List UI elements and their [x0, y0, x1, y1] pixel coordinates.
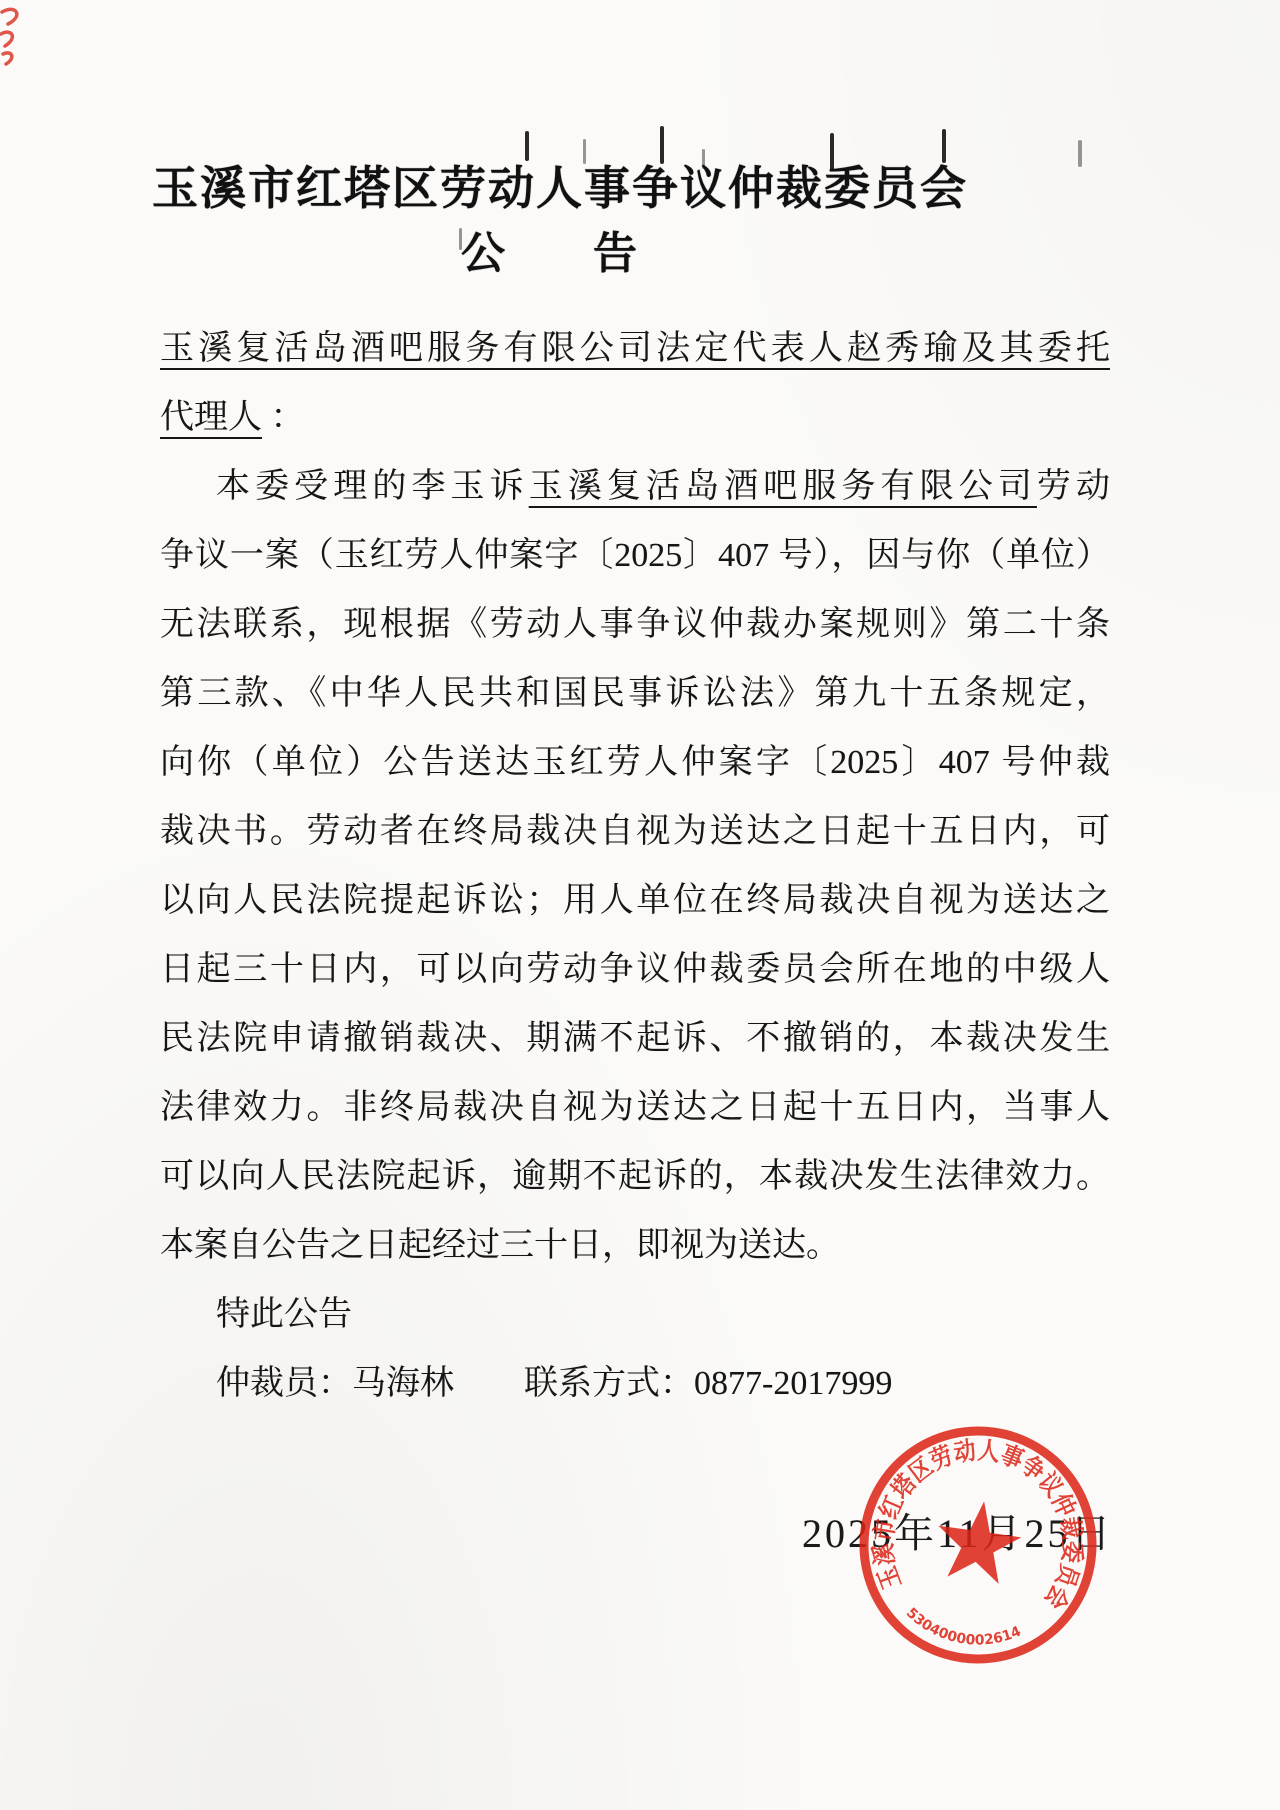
stamp-code: 5304000002614 — [900, 1604, 1026, 1656]
text-segment: 民法院申请撤销裁决、期满不起诉、不撤销的，本裁决发生 — [160, 1020, 1110, 1057]
text-segment: 仲裁员：马海林 — [216, 1365, 454, 1402]
text-line: 裁决书。劳动者在终局裁决自视为送达之日起十五日内，可 — [160, 797, 1110, 866]
text-segment: 日起三十日内，可以向劳动争议仲裁委员会所在地的中级人 — [160, 951, 1110, 988]
text-segment: 特此公告 — [216, 1296, 352, 1333]
text-segment: 争议一案（玉红劳人仲案字〔2025〕407 号），因与你（单位） — [160, 537, 1110, 574]
text-segment: 裁决书。劳动者在终局裁决自视为送达之日起十五日内，可 — [160, 813, 1110, 850]
text-segment: 以向人民法院提起诉讼；用人单位在终局裁决自视为送达之 — [160, 882, 1110, 919]
underlined-text: 玉溪复活岛酒吧服务有限公司 — [529, 468, 1037, 505]
text-line: 以向人民法院提起诉讼；用人单位在终局裁决自视为送达之 — [160, 866, 1110, 935]
text-segment: 向你（单位）公告送达玉红劳人仲案字〔2025〕407 号仲裁 — [160, 744, 1110, 781]
text-line: 代理人 ： — [160, 383, 1110, 452]
body-text: 玉溪复活岛酒吧服务有限公司法定代表人赵秀瑜及其委托代理人 ：本委受理的李玉诉玉溪… — [160, 314, 1110, 1418]
text-line: 仲裁员：马海林联系方式：0877-2017999 — [160, 1349, 1110, 1418]
text-line: 法律效力。非终局裁决自视为送达之日起十五日内，当事人 — [160, 1073, 1110, 1142]
issuing-authority-title: 玉溪市红塔区劳动人事争议仲裁委员会 — [0, 156, 1120, 222]
text-line: 玉溪复活岛酒吧服务有限公司法定代表人赵秀瑜及其委托 — [160, 314, 1110, 383]
text-line: 日起三十日内，可以向劳动争议仲裁委员会所在地的中级人 — [160, 935, 1110, 1004]
official-stamp: 玉溪市红塔区劳动人事争议仲裁委员会 5304000002614 — [829, 1396, 1127, 1694]
text-segment: 本案自公告之日起经过三十日，即视为送达。 — [160, 1227, 840, 1264]
stamp-code-wrap: 5304000002614 — [900, 1604, 1026, 1656]
underlined-text: 玉溪复活岛酒吧服务有限公司法定代表人赵秀瑜及其委托 — [160, 330, 1110, 367]
notice-title: 玉溪市红塔区劳动人事争议仲裁委员会 公 告 — [0, 156, 1120, 286]
text-segment: ： — [262, 399, 305, 436]
text-line: 第三款、《中华人民共和国民事诉讼法》第九十五条规定， — [160, 659, 1110, 728]
corner-ink-mark — [0, 2, 46, 72]
text-line: 民法院申请撤销裁决、期满不起诉、不撤销的，本裁决发生 — [160, 1004, 1110, 1073]
underlined-text: 代理人 — [160, 399, 262, 436]
text-line: 特此公告 — [160, 1280, 1110, 1349]
text-line: 向你（单位）公告送达玉红劳人仲案字〔2025〕407 号仲裁 — [160, 728, 1110, 797]
text-segment: 可以向人民法院起诉，逾期不起诉的，本裁决发生法律效力。 — [160, 1158, 1110, 1195]
text-segment: 劳动 — [1037, 468, 1110, 505]
text-segment: 法律效力。非终局裁决自视为送达之日起十五日内，当事人 — [160, 1089, 1110, 1126]
text-line: 本委受理的李玉诉玉溪复活岛酒吧服务有限公司劳动 — [160, 452, 1110, 521]
text-line: 争议一案（玉红劳人仲案字〔2025〕407 号），因与你（单位） — [160, 521, 1110, 590]
text-segment: 无法联系，现根据《劳动人事争议仲裁办案规则》第二十条 — [160, 606, 1110, 643]
text-line: 本案自公告之日起经过三十日，即视为送达。 — [160, 1211, 1110, 1280]
text-line: 可以向人民法院起诉，逾期不起诉的，本裁决发生法律效力。 — [160, 1142, 1110, 1211]
notice-type-title: 公 告 — [0, 222, 1120, 286]
text-segment: 本委受理的李玉诉 — [216, 468, 529, 505]
text-line: 无法联系，现根据《劳动人事争议仲裁办案规则》第二十条 — [160, 590, 1110, 659]
stamp-star-icon — [932, 1496, 1026, 1586]
scanned-notice-page: 玉溪市红塔区劳动人事争议仲裁委员会 公 告 玉溪复活岛酒吧服务有限公司法定代表人… — [0, 0, 1280, 1810]
text-segment: 第三款、《中华人民共和国民事诉讼法》第九十五条规定， — [160, 675, 1110, 712]
text-segment: 联系方式：0877-2017999 — [524, 1365, 892, 1402]
